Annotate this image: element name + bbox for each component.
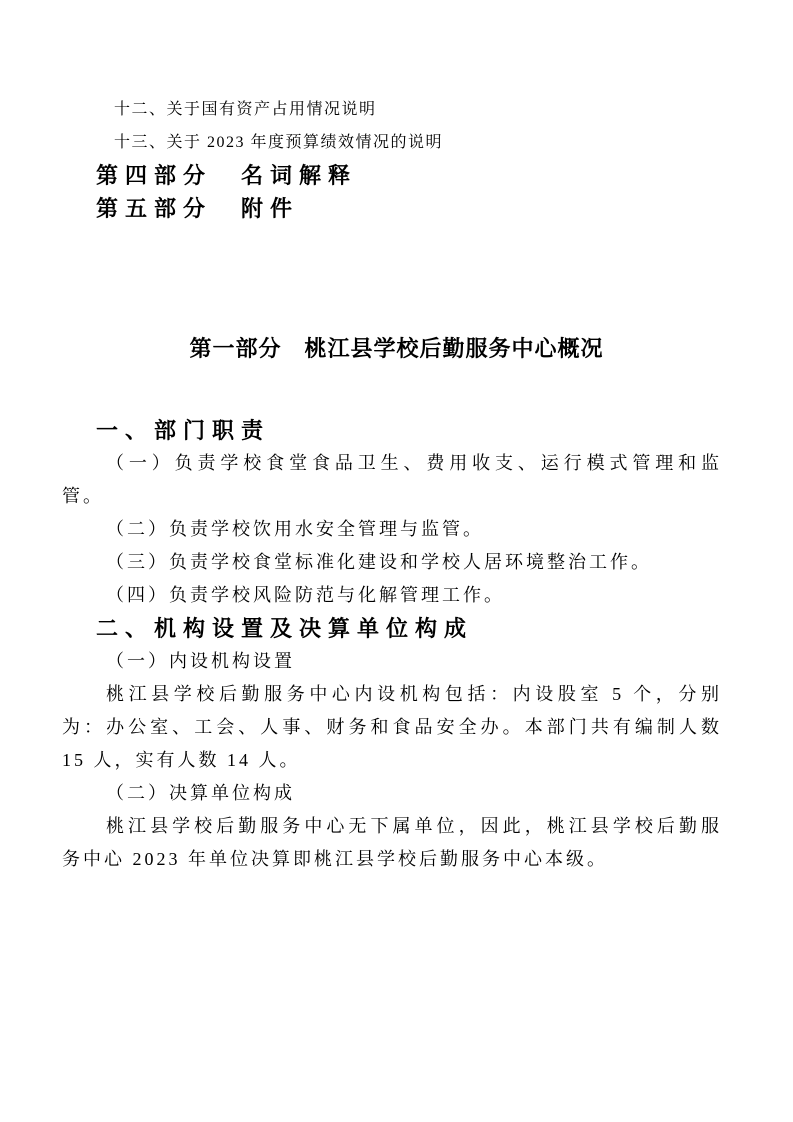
body-line: 二、机构设置及决算单位构成 bbox=[62, 612, 722, 645]
body-line: 桃江县学校后勤服务中心内设机构包括：内设股室 5 个，分别 bbox=[62, 678, 722, 711]
table-of-contents: 十二、关于国有资产占用情况说明十三、关于 2023 年度预算绩效情况的说明第四部… bbox=[62, 93, 722, 225]
body-line: （一）负责学校食堂食品卫生、费用收支、运行模式管理和监 bbox=[62, 447, 722, 480]
body-line: 务中心 2023 年单位决算即桃江县学校后勤服务中心本级。 bbox=[62, 843, 722, 876]
body-line: （四）负责学校风险防范与化解管理工作。 bbox=[62, 579, 722, 612]
toc-line: 第五部分 附件 bbox=[62, 192, 722, 225]
toc-line: 十三、关于 2023 年度预算绩效情况的说明 bbox=[62, 126, 722, 159]
body-line: （三）负责学校食堂标准化建设和学校人居环境整治工作。 bbox=[62, 546, 722, 579]
body-line: （二）决算单位构成 bbox=[62, 777, 722, 810]
toc-line: 第四部分 名词解释 bbox=[62, 159, 722, 192]
body-line: 为：办公室、工会、人事、财务和食品安全办。本部门共有编制人数 bbox=[62, 711, 722, 744]
body-line: 管。 bbox=[62, 480, 722, 513]
body-line: 桃江县学校后勤服务中心无下属单位，因此，桃江县学校后勤服 bbox=[62, 810, 722, 843]
document-page: 十二、关于国有资产占用情况说明十三、关于 2023 年度预算绩效情况的说明第四部… bbox=[0, 0, 793, 1122]
body-line: 一、部门职责 bbox=[62, 414, 722, 447]
toc-line: 十二、关于国有资产占用情况说明 bbox=[62, 93, 722, 126]
body-line: （二）负责学校饮用水安全管理与监管。 bbox=[62, 513, 722, 546]
document-body: 一、部门职责（一）负责学校食堂食品卫生、费用收支、运行模式管理和监管。（二）负责… bbox=[62, 414, 722, 876]
body-line: （一）内设机构设置 bbox=[62, 645, 722, 678]
body-line: 15 人，实有人数 14 人。 bbox=[62, 744, 722, 777]
part-one-title: 第一部分 桃江县学校后勤服务中心概况 bbox=[0, 329, 793, 369]
